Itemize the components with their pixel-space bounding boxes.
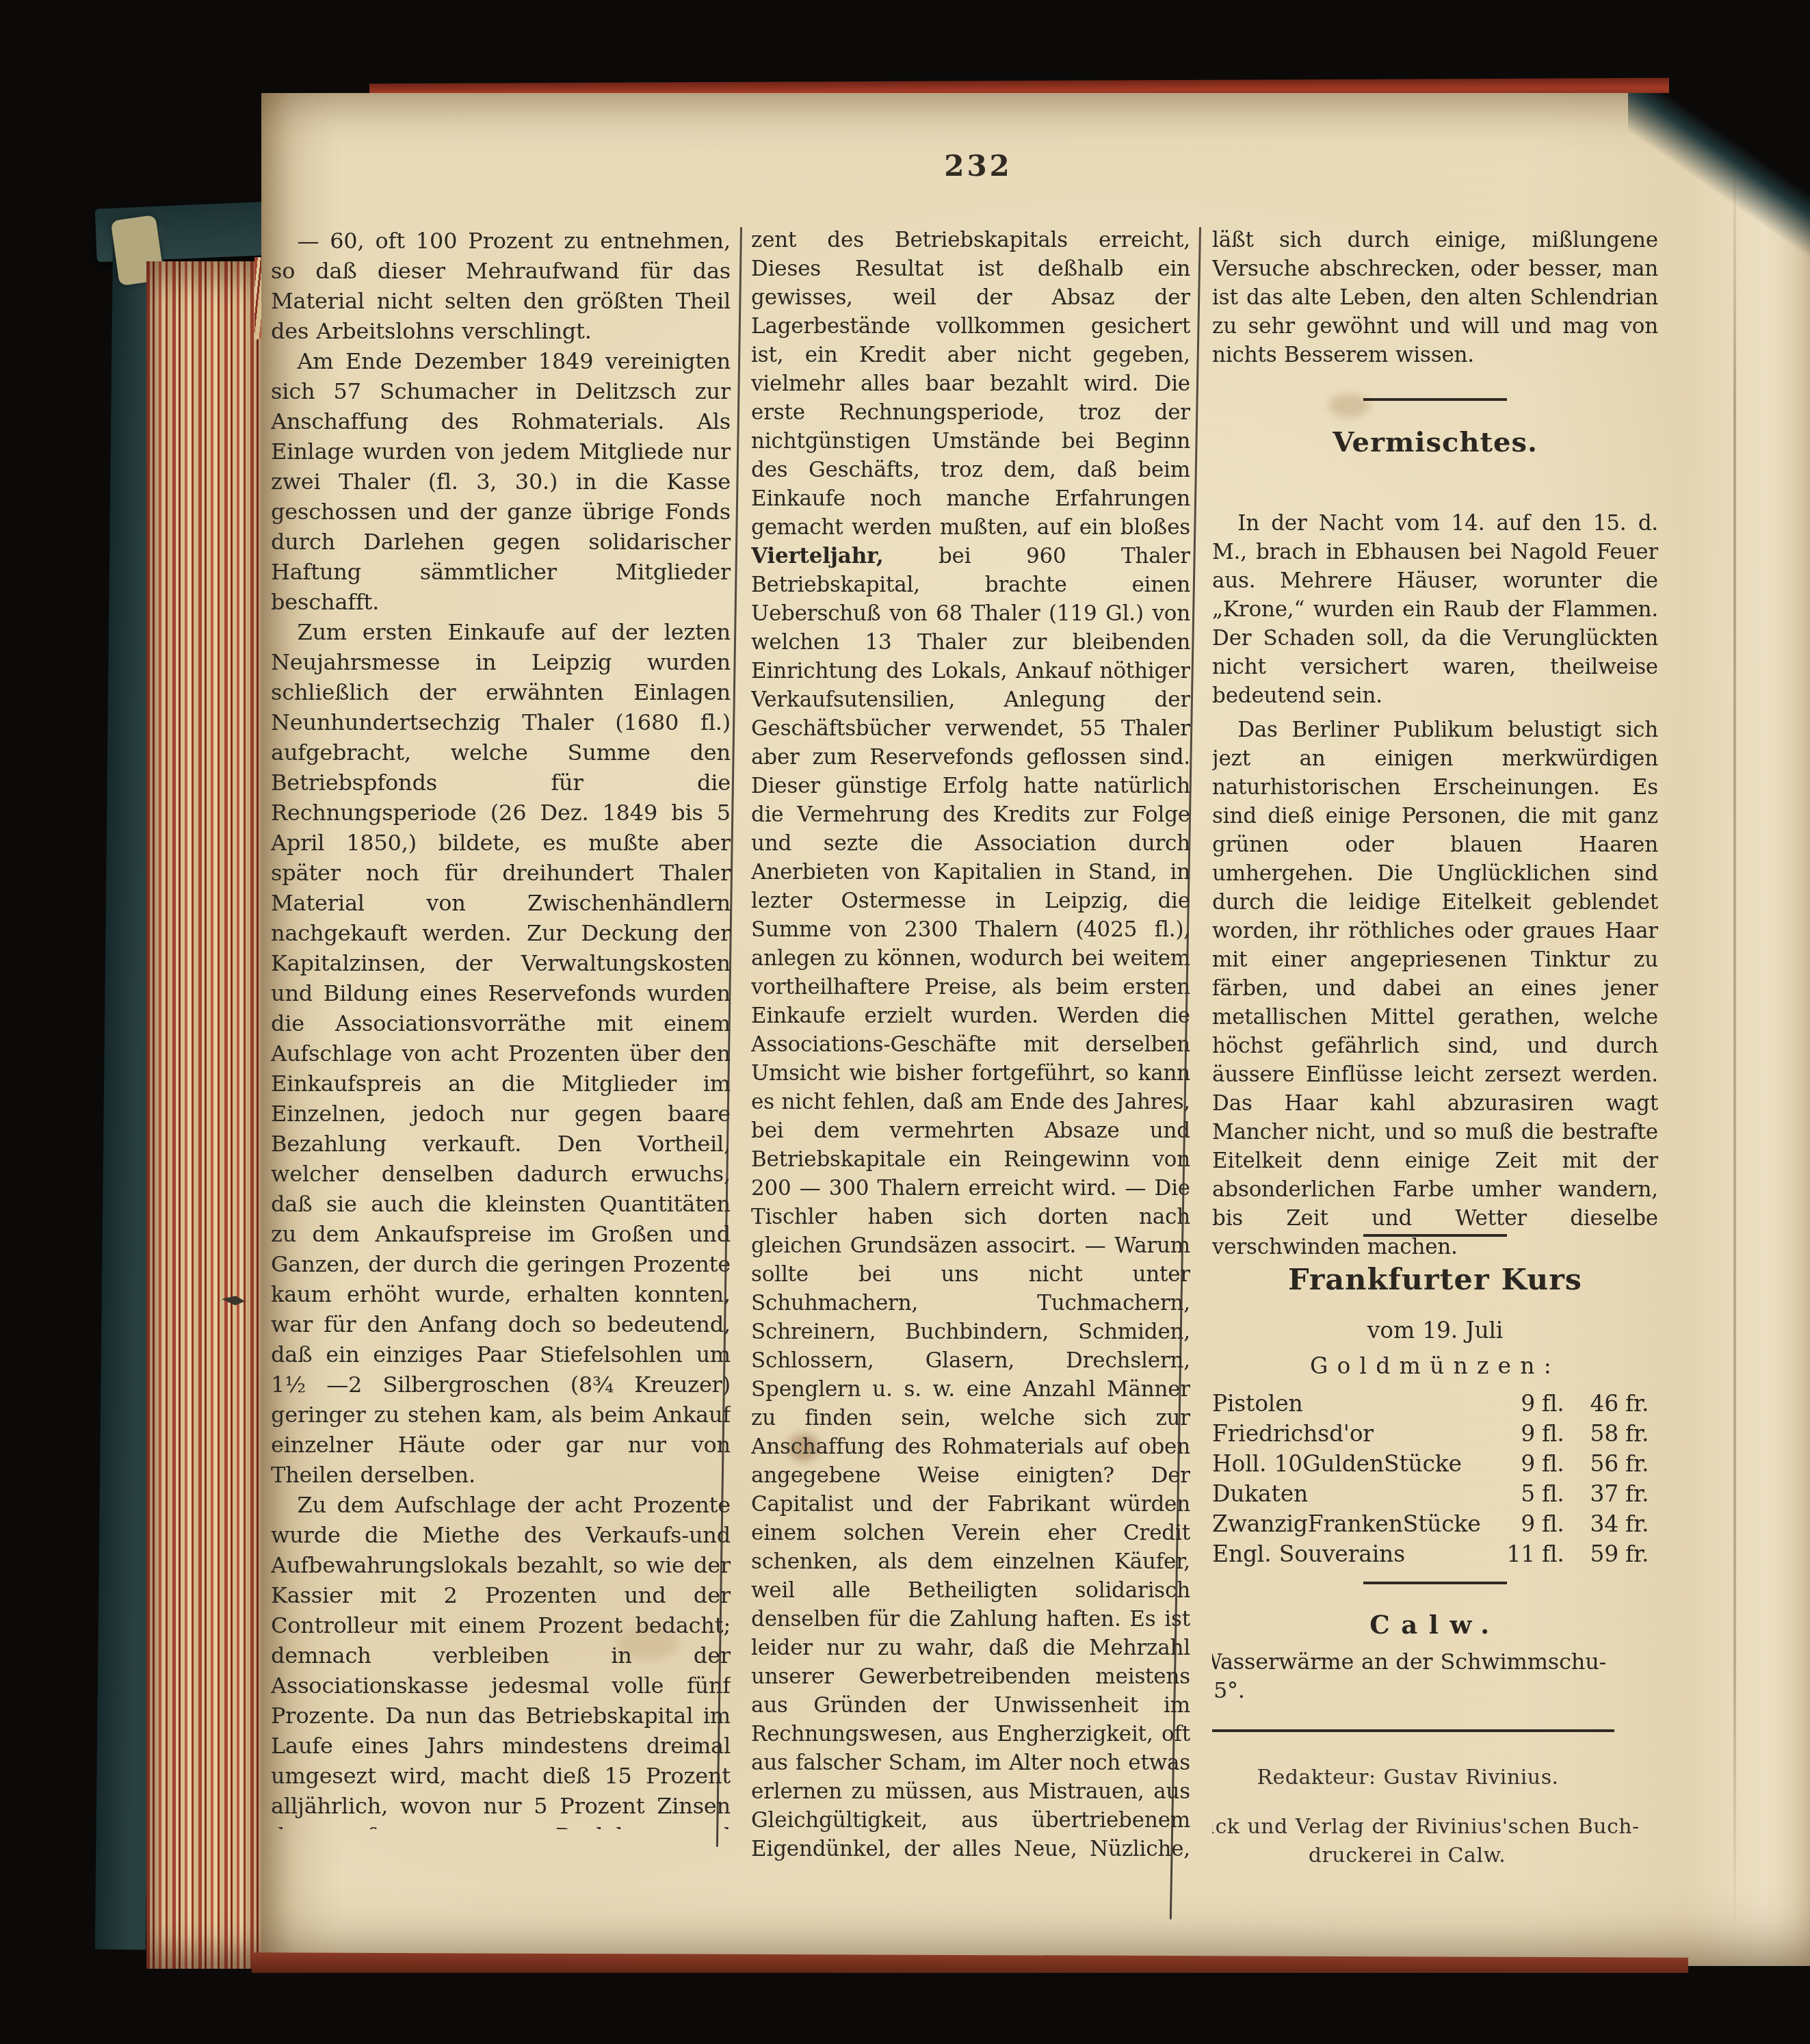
unit-fr: fr. [1618,1539,1658,1569]
coin-name: ZwanzigFrankenStücke [1212,1509,1497,1539]
bold-word-vierteljahr: Vierteljahr, [751,544,883,568]
backdrop-bottom [0,1973,1810,2044]
section-rule [1363,1234,1507,1237]
coin-price-gulden: 5 [1497,1479,1535,1509]
gutter-crease [1733,134,1736,1940]
coin-price-kreuzer: 34 [1575,1509,1618,1539]
paragraph-text: In der Nacht vom 14. auf den 15. d. M., … [1212,509,1658,710]
kurs-title: Frankfurter Kurs [1212,1266,1658,1294]
unit-fl: fl. [1535,1479,1575,1509]
kurs-row: Dukaten 5 fl. 37 fr. [1212,1479,1658,1509]
coin-name: Dukaten [1212,1479,1497,1509]
text-column-2: zent des Betriebskapitals erreicht, Dies… [751,226,1190,1862]
coin-name: Pistolen [1212,1389,1497,1419]
coin-price-kreuzer: 59 [1575,1539,1618,1569]
coin-name: Holl. 10GuldenStücke [1212,1449,1497,1479]
paragraph: läßt sich durch einige, mißlungene Versu… [1212,226,1658,369]
coin-price-gulden: 11 [1497,1539,1535,1569]
unit-fl: fl. [1535,1389,1575,1419]
printer-line: druckerei in Calw. [1212,1842,1643,1870]
newspaper-page: 232 — 60, oft 100 Prozent zu entnehmen, … [261,93,1810,1966]
coin-price-kreuzer: 46 [1575,1389,1618,1419]
book-photo: 232 — 60, oft 100 Prozent zu entnehmen, … [0,0,1810,2044]
paragraph-text: bei 960 Thaler Betriebskapital, brachte … [751,544,1190,1862]
coin-price-gulden: 9 [1497,1449,1535,1479]
news-paragraph: In der Nacht vom 14. auf den 15. d. M., … [1212,509,1658,710]
coin-price-gulden: 9 [1497,1419,1535,1449]
unit-fl: fl. [1535,1509,1575,1539]
vermischtes-heading: Vermischtes. [1212,428,1658,457]
unit-fr: fr. [1618,1389,1658,1419]
unit-fr: fr. [1618,1509,1658,1539]
paragraph: Am Ende Dezember 1849 vereinigten sich 5… [271,346,731,617]
paragraph-text: zent des Betriebskapitals erreicht, Dies… [751,228,1190,540]
coin-name: Friedrichsd'or [1212,1419,1497,1449]
unit-fl: fl. [1535,1419,1575,1449]
water-temperature-line: Wasserwärme an der Schwimmschu- [1212,1647,1658,1676]
paragraph: Zum ersten Einkaufe auf der lezten Neuja… [271,617,731,1490]
calw-heading: Calw. [1212,1610,1658,1639]
kurs-row: Friedrichsd'or 9 fl. 58 fr. [1212,1419,1658,1449]
kurs-date: vom 19. Juli [1212,1316,1658,1345]
paragraph-text: läßt sich durch einige, mißlungene Versu… [1212,226,1658,369]
coin-name: Engl. Souverains [1212,1539,1497,1569]
section-rule [1363,398,1507,401]
water-temperature-line: le 15°. [1212,1676,1631,1705]
paragraph: zent des Betriebskapitals erreicht, Dies… [751,226,1190,1862]
unit-fr: fr. [1618,1419,1658,1449]
coin-price-gulden: 9 [1497,1389,1535,1419]
coin-price-kreuzer: 56 [1575,1449,1618,1479]
kurs-row: Pistolen 9 fl. 46 fr. [1212,1389,1658,1419]
kurs-row: ZwanzigFrankenStücke 9 fl. 34 fr. [1212,1509,1658,1539]
printer-line: Druck und Verlag der Rivinius'schen Buch… [1212,1813,1643,1842]
section-rule [1363,1582,1507,1584]
page-number: 232 [876,149,1081,183]
coin-price-kreuzer: 58 [1575,1419,1618,1449]
paragraph-text: Das Berliner Publikum belustigt sich jez… [1212,716,1658,1261]
page-fore-edge-stripes [146,261,267,1969]
paragraph: Zu dem Aufschlage der acht Prozente wurd… [271,1490,731,1829]
unit-fr: fr. [1618,1479,1658,1509]
imprint-rule [1212,1729,1614,1732]
coin-price-kreuzer: 37 [1575,1479,1618,1509]
unit-fr: fr. [1618,1449,1658,1479]
kurs-subheading: Goldmünzen: [1212,1352,1658,1380]
unit-fl: fl. [1535,1449,1575,1479]
kurs-row: Engl. Souverains 11 fl. 59 fr. [1212,1539,1658,1569]
text-column-1: — 60, oft 100 Prozent zu entnehmen, so d… [271,226,731,1829]
kurs-row: Holl. 10GuldenStücke 9 fl. 56 fr. [1212,1449,1658,1479]
coin-price-gulden: 9 [1497,1509,1535,1539]
text-column-3: läßt sich durch einige, mißlungene Versu… [1212,226,1658,1915]
kurs-table: Pistolen 9 fl. 46 fr. Friedrichsd'or 9 f… [1212,1389,1658,1569]
editor-line: Redakteur: Gustav Rivinius. [1212,1764,1631,1792]
paragraph: — 60, oft 100 Prozent zu entnehmen, so d… [271,226,731,346]
news-paragraph: Das Berliner Publikum belustigt sich jez… [1212,716,1658,1261]
unit-fl: fl. [1535,1539,1575,1569]
